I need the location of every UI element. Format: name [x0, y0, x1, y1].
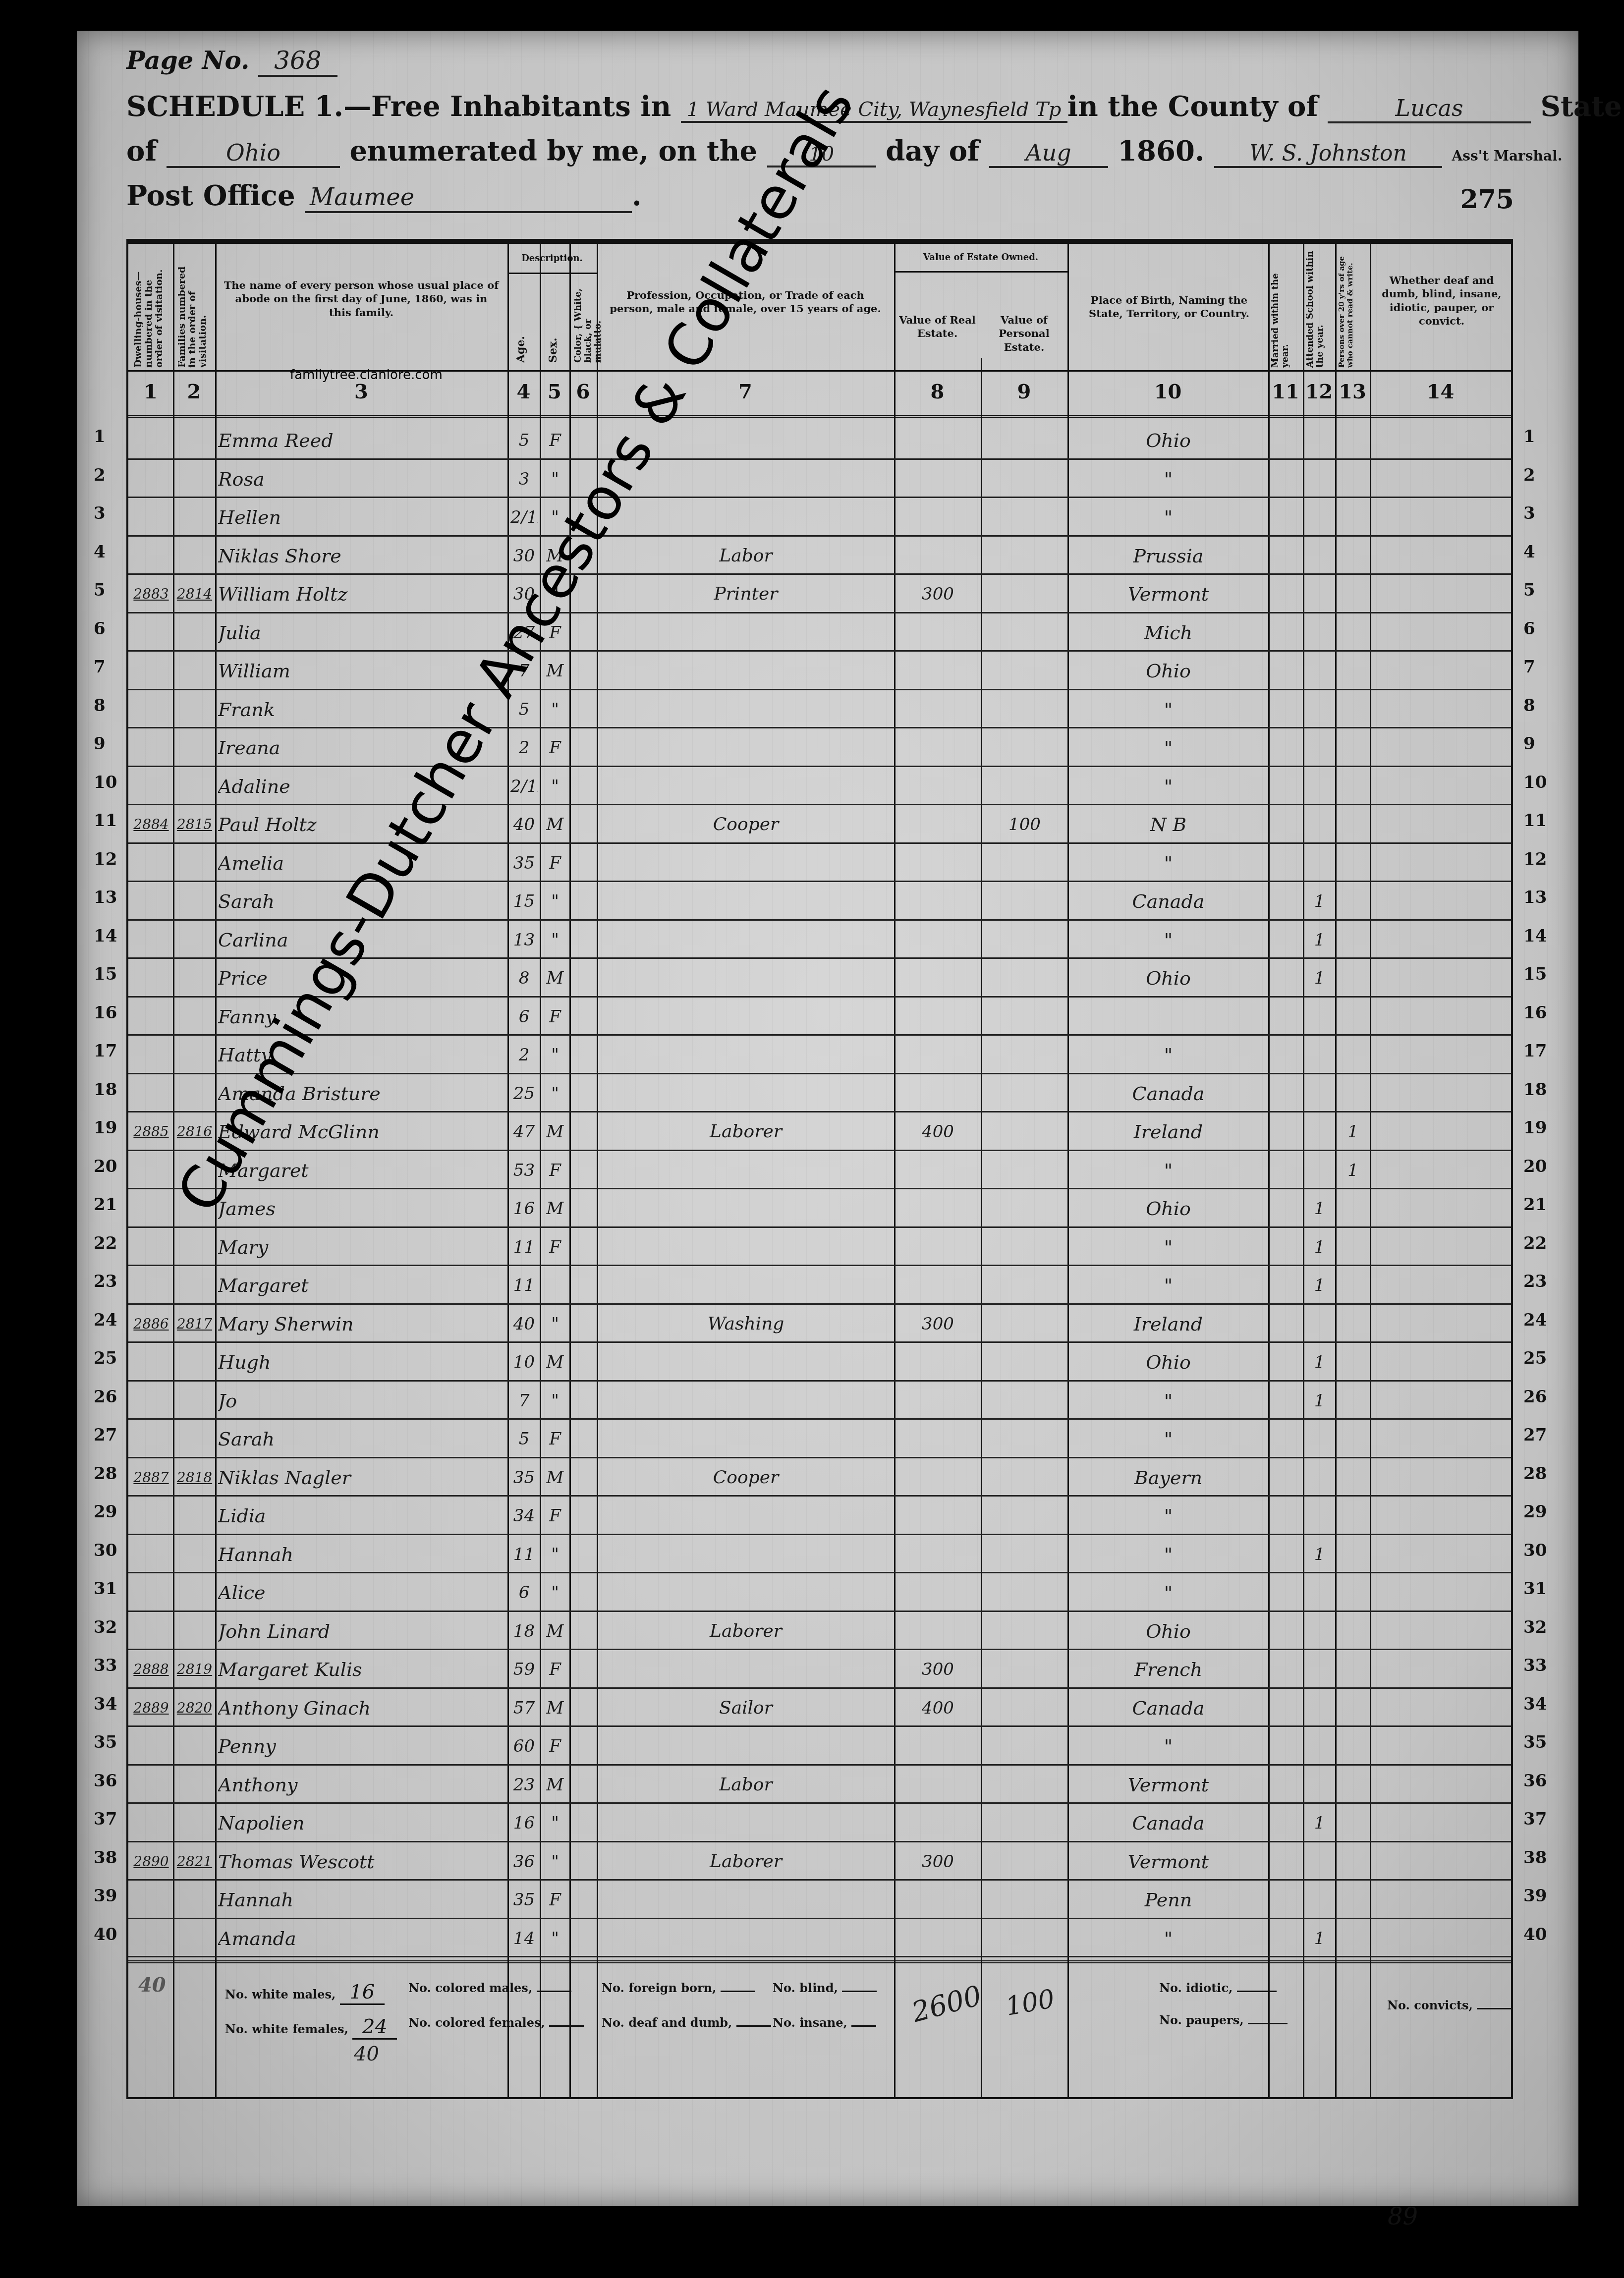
- line-number-left: 25: [94, 1348, 117, 1368]
- paupers-value: [1248, 2023, 1288, 2024]
- condition: [1373, 1309, 1509, 1339]
- table-row: 3636Anthony23MLaborVermont: [128, 1764, 1511, 1804]
- illiterate-mark: [1338, 656, 1368, 686]
- person-name: Hannah: [218, 1885, 505, 1915]
- dwelling-number: [131, 1347, 171, 1377]
- occupation: [600, 1885, 892, 1915]
- person-name: Amanda Bristure: [218, 1079, 505, 1109]
- illiterate-mark: [1338, 925, 1368, 955]
- condition: [1373, 1271, 1509, 1300]
- real-estate-value: [897, 1079, 979, 1109]
- family-number: [176, 1156, 213, 1185]
- personal-estate-value: [984, 618, 1065, 648]
- occupation: [600, 772, 892, 801]
- line-number-left: 12: [94, 849, 117, 869]
- family-number: [176, 1347, 213, 1377]
- illiterate-mark: [1338, 1540, 1368, 1569]
- occupation: [600, 1808, 892, 1838]
- line-number-right: 14: [1523, 926, 1547, 946]
- occupation: [600, 1079, 892, 1109]
- convicts-label: No. convicts,: [1387, 1998, 1473, 2012]
- school-mark: [1306, 1693, 1333, 1723]
- line-number-left: 2: [94, 465, 106, 485]
- dwelling-number: 2886: [131, 1309, 171, 1339]
- occupation: Cooper: [600, 1463, 892, 1493]
- age: 40: [510, 1309, 538, 1339]
- personal-estate-value: [984, 1117, 1065, 1147]
- dwelling-number: [131, 1424, 171, 1454]
- line-number-right: 28: [1523, 1464, 1547, 1484]
- table-row: 3535Penny60F": [128, 1725, 1511, 1766]
- dwelling-number: [131, 1232, 171, 1262]
- real-estate-value: [897, 1386, 979, 1416]
- birthplace: ": [1070, 695, 1266, 724]
- marshal-label: Ass't Marshal.: [1452, 148, 1562, 164]
- colnum-9: 9: [981, 380, 1067, 403]
- line-number-right: 22: [1523, 1233, 1547, 1253]
- occupation: [600, 1386, 892, 1416]
- real-estate-value: [897, 1194, 979, 1223]
- line-number-left: 38: [94, 1848, 117, 1868]
- family-number: [176, 464, 213, 494]
- birthplace: Bayern: [1070, 1463, 1266, 1493]
- white-males-value: 16: [340, 1981, 385, 2005]
- col7-header: Profession, Occupation, or Trade of each…: [604, 288, 887, 316]
- col8-header: Value of Real Estate.: [896, 313, 978, 340]
- table-row: 1818Amanda Bristure25"Canada: [128, 1073, 1511, 1113]
- table-row: 2525Hugh10MOhio1: [128, 1341, 1511, 1382]
- real-estate-value: [897, 963, 979, 993]
- line-number-left: 8: [94, 696, 106, 716]
- idiotic-label: No. idiotic,: [1159, 1981, 1232, 1995]
- table-row: 1313Sarah15"Canada1: [128, 881, 1511, 921]
- married-mark: [1271, 541, 1301, 571]
- illiterate-mark: [1338, 1002, 1368, 1032]
- occupation: [600, 502, 892, 532]
- line-number-left: 36: [94, 1771, 117, 1791]
- married-mark: [1271, 464, 1301, 494]
- school-mark: [1306, 1731, 1333, 1761]
- birthplace: Ohio: [1070, 1616, 1266, 1646]
- married-mark: [1271, 1117, 1301, 1147]
- colnum-4: 4: [507, 380, 540, 403]
- foreign-born-field: No. foreign born,: [602, 1981, 755, 1995]
- margin-total: 40: [138, 1973, 166, 1997]
- person-name: Emma Reed: [218, 426, 505, 455]
- page-number-line: Page No. 368: [126, 46, 337, 77]
- married-mark: [1271, 1770, 1301, 1800]
- table-row: 3030Hannah11""1: [128, 1534, 1511, 1574]
- condition: [1373, 464, 1509, 494]
- personal-estate-value: [984, 1655, 1065, 1684]
- person-name: Margaret Kulis: [218, 1655, 505, 1684]
- line-number-right: 2: [1523, 465, 1535, 485]
- colored-females-value: [549, 2025, 584, 2027]
- line-number-left: 18: [94, 1080, 117, 1100]
- school-mark: [1306, 1079, 1333, 1109]
- person-name: Mary Sherwin: [218, 1309, 505, 1339]
- deaf-dumb-field: No. deaf and dumb,: [602, 2015, 771, 2030]
- table-row: 33Hellen2/12"": [128, 497, 1511, 537]
- birthplace: ": [1070, 848, 1266, 878]
- condition: [1373, 618, 1509, 648]
- real-estate-value: [897, 810, 979, 839]
- illiterate-mark: [1338, 541, 1368, 571]
- family-number: [176, 656, 213, 686]
- school-mark: [1306, 1655, 1333, 1684]
- school-mark: [1306, 1885, 1333, 1915]
- real-estate-value: [897, 656, 979, 686]
- line-number-right: 4: [1523, 542, 1535, 562]
- dwelling-number: [131, 1194, 171, 1223]
- dwelling-number: [131, 656, 171, 686]
- col9-header: Value of Personal Estate.: [983, 313, 1065, 354]
- line-number-left: 40: [94, 1925, 117, 1945]
- line-number-left: 27: [94, 1425, 117, 1445]
- family-number: 2816: [176, 1117, 213, 1147]
- sex: F: [543, 1156, 567, 1185]
- sex: ": [543, 1386, 567, 1416]
- real-estate-value: [897, 1924, 979, 1953]
- person-name: Penny: [218, 1731, 505, 1761]
- condition: [1373, 541, 1509, 571]
- personal-estate-value: [984, 925, 1065, 955]
- birthplace: Penn: [1070, 1885, 1266, 1915]
- personal-estate-value: [984, 772, 1065, 801]
- age: 34: [510, 1501, 538, 1531]
- birthplace: Canada: [1070, 1808, 1266, 1838]
- person-name: Margaret: [218, 1271, 505, 1300]
- family-number: [176, 1616, 213, 1646]
- colored-males-value: [537, 1991, 571, 1992]
- occupation: Printer: [600, 579, 892, 609]
- condition: [1373, 1156, 1509, 1185]
- illiterate-mark: [1338, 1847, 1368, 1877]
- school-mark: 1: [1306, 1924, 1333, 1953]
- dwelling-number: [131, 1924, 171, 1953]
- married-mark: [1271, 1194, 1301, 1223]
- age: 11: [510, 1271, 538, 1300]
- school-mark: 1: [1306, 1540, 1333, 1569]
- school-mark: [1306, 464, 1333, 494]
- occupation: [600, 695, 892, 724]
- line-number-right: 1: [1523, 427, 1535, 446]
- table-row: 1616Fanny6F: [128, 996, 1511, 1036]
- person-name: Hannah: [218, 1540, 505, 1569]
- family-number: 2818: [176, 1463, 213, 1493]
- table-row: 2929Lidia34F": [128, 1495, 1511, 1535]
- sex: F: [543, 1655, 567, 1684]
- white-females-label: No. white females,: [225, 2022, 348, 2036]
- school-mark: [1306, 541, 1333, 571]
- condition: [1373, 695, 1509, 724]
- married-mark: [1271, 1232, 1301, 1262]
- line-number-right: 25: [1523, 1348, 1547, 1368]
- real-estate-total: 2600: [908, 1980, 985, 2029]
- birthplace: Ohio: [1070, 1194, 1266, 1223]
- age: 36: [510, 1847, 538, 1877]
- table-row: 3939Hannah35FPenn: [128, 1879, 1511, 1919]
- blind-field: No. blind,: [773, 1981, 877, 1995]
- sex: F: [543, 733, 567, 763]
- school-mark: [1306, 579, 1333, 609]
- family-number: [176, 426, 213, 455]
- occupation: Laborer: [600, 1847, 892, 1877]
- sex: ": [543, 464, 567, 494]
- real-estate-value: [897, 925, 979, 955]
- place-value: 1 Ward Maumee City, Waynesfield Tp: [681, 98, 1067, 123]
- illiterate-mark: [1338, 1232, 1368, 1262]
- birthplace: Ireland: [1070, 1117, 1266, 1147]
- deaf-dumb-value: [736, 2025, 771, 2027]
- col1-header: Dwelling-houses—numbered in the order of…: [133, 254, 170, 368]
- dwelling-number: [131, 1578, 171, 1608]
- sex: ": [543, 1847, 567, 1877]
- table-row: 11Emma Reed5FOhio: [128, 420, 1511, 460]
- table-row: 383828902821Thomas Wescott36"Laborer300V…: [128, 1841, 1511, 1881]
- real-estate-value: [897, 1002, 979, 1032]
- table-row: 3737Napolien16"Canada1: [128, 1802, 1511, 1842]
- line-number-left: 23: [94, 1272, 117, 1291]
- personal-estate-value: [984, 1731, 1065, 1761]
- person-name: Paul Holtz: [218, 810, 505, 839]
- condition: [1373, 1079, 1509, 1109]
- school-mark: 1: [1306, 887, 1333, 916]
- condition: [1373, 1540, 1509, 1569]
- sex: F: [543, 1424, 567, 1454]
- line-number-right: 15: [1523, 964, 1547, 984]
- of-label: of: [126, 135, 157, 167]
- family-number: [176, 1540, 213, 1569]
- table-row: 1515Price8MOhio1: [128, 957, 1511, 998]
- personal-estate-value: [984, 426, 1065, 455]
- personal-estate-value: [984, 1501, 1065, 1531]
- line-number-left: 30: [94, 1541, 117, 1560]
- table-row: 99Ireana2F": [128, 727, 1511, 767]
- person-name: Ireana: [218, 733, 505, 763]
- person-name: Hellen: [218, 502, 505, 532]
- age: 25: [510, 1079, 538, 1109]
- post-office-label: Post Office: [126, 179, 295, 212]
- description-group-header: Description.: [507, 244, 597, 274]
- real-estate-value: [897, 502, 979, 532]
- real-estate-value: [897, 1424, 979, 1454]
- colored-males-field: No. colored males,: [408, 1981, 571, 1995]
- birthplace: Vermont: [1070, 1770, 1266, 1800]
- age: 11: [510, 1232, 538, 1262]
- married-mark: [1271, 1924, 1301, 1953]
- married-mark: [1271, 502, 1301, 532]
- condition: [1373, 1885, 1509, 1915]
- school-mark: 1: [1306, 1271, 1333, 1300]
- foreign-born-value: [721, 1991, 755, 1992]
- line-number-left: 26: [94, 1387, 117, 1407]
- dwelling-number: [131, 733, 171, 763]
- colnum-10: 10: [1067, 380, 1268, 403]
- line-number-right: 35: [1523, 1732, 1547, 1752]
- person-name: Jo: [218, 1386, 505, 1416]
- dwelling-number: 2890: [131, 1847, 171, 1877]
- line-number-right: 31: [1523, 1579, 1547, 1599]
- dwelling-number: [131, 1808, 171, 1838]
- line-number-left: 10: [94, 773, 117, 792]
- family-number: [176, 502, 213, 532]
- line-number-left: 21: [94, 1195, 117, 1215]
- illiterate-mark: [1338, 695, 1368, 724]
- person-name: Lidia: [218, 1501, 505, 1531]
- illiterate-mark: [1338, 464, 1368, 494]
- sex: ": [543, 1808, 567, 1838]
- person-name: Price: [218, 963, 505, 993]
- age: 57: [510, 1693, 538, 1723]
- colnum-14: 14: [1370, 380, 1511, 403]
- occupation: [600, 848, 892, 878]
- condition: [1373, 1194, 1509, 1223]
- married-mark: [1271, 1693, 1301, 1723]
- married-mark: [1271, 1002, 1301, 1032]
- family-number: 2820: [176, 1693, 213, 1723]
- illiterate-mark: [1338, 1347, 1368, 1377]
- married-mark: [1271, 618, 1301, 648]
- census-table: Description. Value of Estate Owned. Dwel…: [126, 239, 1513, 2099]
- sex: M: [543, 1117, 567, 1147]
- illiterate-mark: [1338, 1655, 1368, 1684]
- family-number: [176, 695, 213, 724]
- family-number: [176, 1808, 213, 1838]
- age: 59: [510, 1655, 538, 1684]
- school-mark: [1306, 656, 1333, 686]
- condition: [1373, 963, 1509, 993]
- enumeration-line: of Ohio enumerated by me, on the 10 day …: [126, 135, 1563, 168]
- dwelling-number: [131, 1770, 171, 1800]
- birthplace: ": [1070, 1232, 1266, 1262]
- illiterate-mark: [1338, 1501, 1368, 1531]
- line-number-left: 19: [94, 1118, 117, 1138]
- line-number-left: 24: [94, 1310, 117, 1330]
- condition: [1373, 1731, 1509, 1761]
- birthplace: Ohio: [1070, 426, 1266, 455]
- family-number: 2817: [176, 1309, 213, 1339]
- county-label: in the County of: [1067, 90, 1318, 123]
- family-number: [176, 1232, 213, 1262]
- birthplace: Vermont: [1070, 1847, 1266, 1877]
- dwelling-number: [131, 1156, 171, 1185]
- occupation: Washing: [600, 1309, 892, 1339]
- personal-estate-value: [984, 579, 1065, 609]
- married-mark: [1271, 733, 1301, 763]
- convicts-field: No. convicts,: [1387, 1998, 1512, 2012]
- person-name: Frank: [218, 695, 505, 724]
- line-number-right: 12: [1523, 849, 1547, 869]
- sex: M: [543, 1770, 567, 1800]
- insane-field: No. insane,: [773, 2015, 876, 2030]
- occupation: [600, 1232, 892, 1262]
- line-number-right: 32: [1523, 1617, 1547, 1637]
- col14-header: Whether deaf and dumb, blind, insane, id…: [1375, 274, 1509, 328]
- sex: ": [543, 1578, 567, 1608]
- married-mark: [1271, 1847, 1301, 1877]
- person-name: William: [218, 656, 505, 686]
- table-row: 2323Margaret11"1: [128, 1265, 1511, 1305]
- line-number-left: 14: [94, 926, 117, 946]
- dwelling-number: 2887: [131, 1463, 171, 1493]
- colnum-11: 11: [1268, 380, 1303, 403]
- person-name: John Linard: [218, 1616, 505, 1646]
- illiterate-mark: [1338, 772, 1368, 801]
- dwelling-number: [131, 426, 171, 455]
- col2-header: Families numbered in the order of visita…: [177, 254, 212, 368]
- personal-estate-value: [984, 1386, 1065, 1416]
- married-mark: [1271, 925, 1301, 955]
- table-row: 282828872818Niklas Nagler35MCooperBayern: [128, 1457, 1511, 1497]
- personal-estate-total: 100: [1004, 1984, 1057, 2022]
- table-row: 2626Jo7""1: [128, 1380, 1511, 1420]
- foreign-born-label: No. foreign born,: [602, 1981, 716, 1995]
- description-label: Description.: [521, 253, 583, 264]
- sex: M: [543, 1693, 567, 1723]
- married-mark: [1271, 1731, 1301, 1761]
- year-value: 1860.: [1118, 135, 1204, 167]
- line-number-right: 17: [1523, 1041, 1547, 1061]
- colored-males-label: No. colored males,: [408, 1981, 532, 1995]
- county-value: Lucas: [1328, 95, 1531, 123]
- condition: [1373, 1578, 1509, 1608]
- birthplace: Ohio: [1070, 1347, 1266, 1377]
- sex: ": [543, 1040, 567, 1070]
- real-estate-value: [897, 772, 979, 801]
- illiterate-mark: [1338, 1463, 1368, 1493]
- convicts-value: [1477, 2008, 1512, 2009]
- occupation: Laborer: [600, 1117, 892, 1147]
- personal-estate-value: [984, 502, 1065, 532]
- col12-header: Attended School within the year.: [1305, 249, 1333, 368]
- school-mark: [1306, 502, 1333, 532]
- line-number-left: 35: [94, 1732, 117, 1752]
- birthplace: Canada: [1070, 887, 1266, 916]
- line-number-left: 37: [94, 1809, 117, 1829]
- personal-estate-value: [984, 464, 1065, 494]
- dwelling-number: [131, 695, 171, 724]
- married-mark: [1271, 1309, 1301, 1339]
- person-name: Anthony Ginach: [218, 1693, 505, 1723]
- real-estate-value: [897, 848, 979, 878]
- census-page: Page No. 368 SCHEDULE 1.—Free Inhabitant…: [77, 31, 1578, 2206]
- real-estate-value: [897, 887, 979, 916]
- sex: ": [543, 887, 567, 916]
- person-name: Amelia: [218, 848, 505, 878]
- illiterate-mark: [1338, 1079, 1368, 1109]
- age: 2/12: [510, 502, 538, 532]
- personal-estate-value: [984, 1885, 1065, 1915]
- line-number-right: 9: [1523, 734, 1535, 754]
- birthplace: N B: [1070, 810, 1266, 839]
- person-name: Fanny: [218, 1002, 505, 1032]
- school-mark: [1306, 1156, 1333, 1185]
- month-value: Aug: [989, 139, 1108, 168]
- line-number-right: 20: [1523, 1157, 1547, 1176]
- colnum-5: 5: [540, 380, 569, 403]
- person-name: Edward McGlinn: [218, 1117, 505, 1147]
- personal-estate-value: [984, 541, 1065, 571]
- colnum-2: 2: [173, 380, 215, 403]
- col13-header: Persons over 20 y'rs of age who cannot r…: [1338, 249, 1367, 368]
- personal-estate-value: [984, 1194, 1065, 1223]
- occupation: [600, 1271, 892, 1300]
- birthplace: Vermont: [1070, 579, 1266, 609]
- sex: F: [543, 1501, 567, 1531]
- table-row: 5528832814William Holtz30"Printer300Verm…: [128, 573, 1511, 613]
- real-estate-value: [897, 541, 979, 571]
